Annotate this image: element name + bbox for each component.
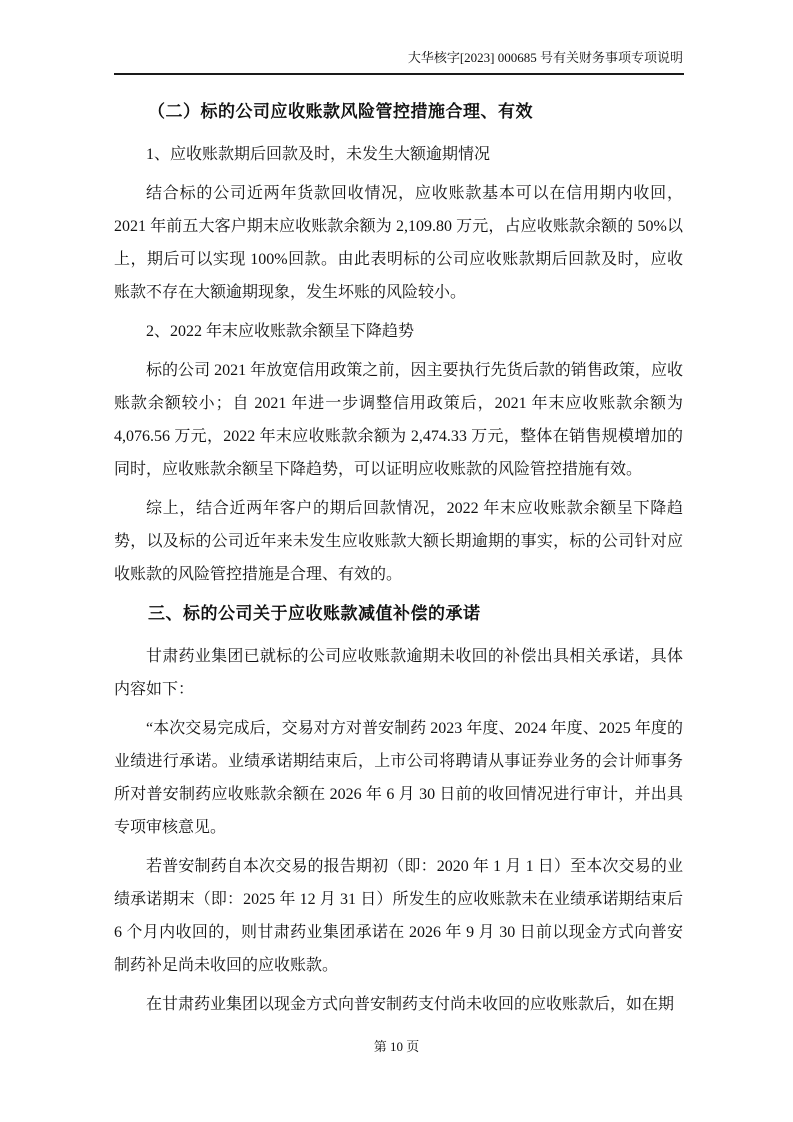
- paragraph-commitment-intro: 甘肃药业集团已就标的公司应收账款逾期未收回的补偿出具相关承诺，具体内容如下：: [114, 640, 683, 706]
- sub-heading-2: 2、2022 年末应收账款余额呈下降趋势: [114, 315, 683, 348]
- paragraph-balance-decline: 标的公司 2021 年放宽信用政策之前，因主要执行先货后款的销售政策，应收账款余…: [114, 354, 683, 486]
- section-heading-risk-control: （二）标的公司应收账款风险管控措施合理、有效: [114, 95, 683, 128]
- sub-heading-1: 1、应收账款期后回款及时，未发生大额逾期情况: [114, 138, 683, 171]
- section-heading-impairment-commitment: 三、标的公司关于应收账款减值补偿的承诺: [114, 597, 683, 630]
- document-body: （二）标的公司应收账款风险管控措施合理、有效 1、应收账款期后回款及时，未发生大…: [114, 95, 683, 1027]
- running-header: 大华核字[2023] 000685 号有关财务事项专项说明: [114, 46, 683, 74]
- page-number: 第 10 页: [0, 1038, 793, 1056]
- paragraph-commitment-quote-1: “本次交易完成后，交易对方对普安制药 2023 年度、2024 年度、2025 …: [114, 712, 683, 844]
- document-page: 大华核字[2023] 000685 号有关财务事项专项说明 （二）标的公司应收账…: [0, 0, 793, 1122]
- paragraph-commitment-quote-2: 若普安制药自本次交易的报告期初（即：2020 年 1 月 1 日）至本次交易的业…: [114, 850, 683, 982]
- paragraph-repayment-timely: 结合标的公司近两年货款回收情况，应收账款基本可以在信用期内收回，2021 年前五…: [114, 177, 683, 309]
- paragraph-commitment-quote-3: 在甘肃药业集团以现金方式向普安制药支付尚未收回的应收账款后，如在期: [114, 988, 683, 1021]
- header-rule: [114, 73, 684, 75]
- paragraph-summary: 综上，结合近两年客户的期后回款情况，2022 年末应收账款余额呈下降趋势，以及标…: [114, 492, 683, 591]
